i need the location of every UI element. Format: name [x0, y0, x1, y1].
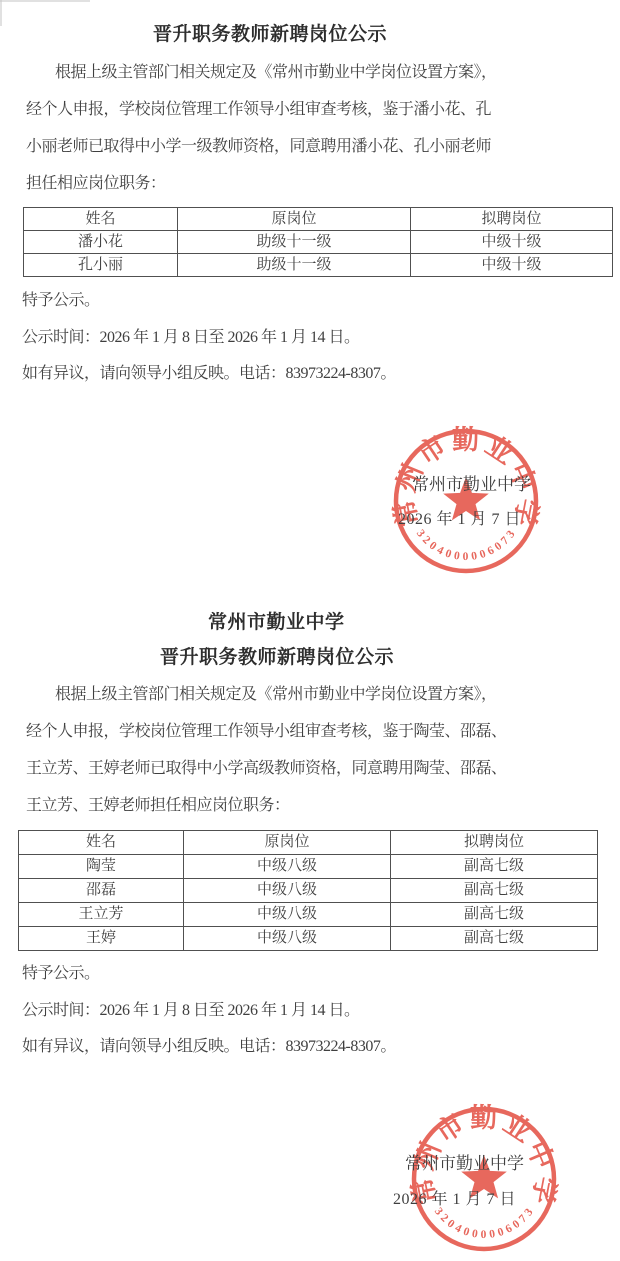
- table-cell-old-post: 中级八级: [184, 879, 391, 903]
- table-cell-new-post: 副高七级: [391, 927, 598, 951]
- table-cell-new-post: 副高七级: [391, 879, 598, 903]
- table-cell-name: 潘小花: [24, 231, 178, 254]
- doc2-title: 晋升职务教师新聘岗位公示: [160, 642, 394, 669]
- doc1-paragraph-line-1: 根据上级主管部门相关规定及《常州市勤业中学岗位设置方案》，: [55, 59, 497, 82]
- table-header-cell: 原岗位: [184, 831, 391, 855]
- doc2-paragraph-line-4: 王立芳、王婷老师担任相应岗位职务：: [26, 792, 290, 815]
- table-header-cell: 原岗位: [178, 208, 411, 231]
- table-header-row: 姓名 原岗位 拟聘岗位: [24, 208, 613, 231]
- table-cell-old-post: 中级八级: [184, 927, 391, 951]
- table-cell-old-post: 助级十一级: [178, 254, 411, 277]
- doc2-publicity-period: 公示时间：2026 年 1 月 8 日至 2026 年 1 月 14 日。: [22, 997, 360, 1020]
- official-seal-stamp: 常州市勤业中学 3204000006073: [399, 1094, 569, 1261]
- doc1-note: 特予公示。: [22, 287, 100, 310]
- doc2-contact-line: 如有异议，请向领导小组反映。电话：83973224-8307。: [22, 1033, 396, 1056]
- table-cell-new-post: 副高七级: [391, 903, 598, 927]
- doc2-signature-org: 常州市勤业中学: [405, 1149, 524, 1174]
- doc2-paragraph-line-2: 经个人申报，学校岗位管理工作领导小组审查考核，鉴于陶莹、邵磊、: [26, 718, 507, 741]
- table-cell-name: 孔小丽: [24, 254, 178, 277]
- official-seal-stamp: 常州市勤业中学 3204000006073: [381, 416, 551, 586]
- seal-number: 3204000006073: [414, 527, 519, 563]
- doc2-org-title: 常州市勤业中学: [208, 607, 345, 634]
- table-header-cell: 姓名: [24, 208, 178, 231]
- table-cell-name: 邵磊: [19, 879, 184, 903]
- table-header-cell: 拟聘岗位: [391, 831, 598, 855]
- table-header-cell: 拟聘岗位: [411, 208, 613, 231]
- doc1-signature-org: 常州市勤业中学: [412, 470, 531, 495]
- table-header-row: 姓名 原岗位 拟聘岗位: [19, 831, 598, 855]
- table-row: 王立芳 中级八级 副高七级: [19, 903, 598, 927]
- scan-artifact: [0, 0, 2, 26]
- doc1-paragraph-line-2: 经个人申报，学校岗位管理工作领导小组审查考核，鉴于潘小花、孔: [26, 96, 491, 119]
- table-row: 孔小丽 助级十一级 中级十级: [24, 254, 613, 277]
- table-cell-old-post: 中级八级: [184, 855, 391, 879]
- doc1-title: 晋升职务教师新聘岗位公示: [153, 19, 387, 46]
- doc1-positions-table: 姓名 原岗位 拟聘岗位 潘小花 助级十一级 中级十级 孔小丽 助级十一级 中级十…: [23, 207, 613, 277]
- doc1-publicity-period: 公示时间：2026 年 1 月 8 日至 2026 年 1 月 14 日。: [22, 324, 360, 347]
- table-row: 邵磊 中级八级 副高七级: [19, 879, 598, 903]
- doc2-signature-date: 2026 年 1 月 7 日: [393, 1186, 516, 1209]
- table-row: 潘小花 助级十一级 中级十级: [24, 231, 613, 254]
- scanned-announcement-page: 晋升职务教师新聘岗位公示 根据上级主管部门相关规定及《常州市勤业中学岗位设置方案…: [0, 0, 620, 1261]
- scan-artifact: [0, 0, 90, 2]
- table-cell-new-post: 中级十级: [411, 231, 613, 254]
- table-cell-new-post: 副高七级: [391, 855, 598, 879]
- doc2-paragraph-line-1: 根据上级主管部门相关规定及《常州市勤业中学岗位设置方案》，: [55, 681, 497, 704]
- seal-number: 3204000006073: [432, 1205, 537, 1241]
- table-row: 王婷 中级八级 副高七级: [19, 927, 598, 951]
- table-row: 陶莹 中级八级 副高七级: [19, 855, 598, 879]
- table-cell-new-post: 中级十级: [411, 254, 613, 277]
- doc2-note: 特予公示。: [22, 960, 100, 983]
- table-header-cell: 姓名: [19, 831, 184, 855]
- table-cell-name: 王立芳: [19, 903, 184, 927]
- doc1-paragraph-line-4: 担任相应岗位职务：: [26, 170, 166, 193]
- table-cell-name: 陶莹: [19, 855, 184, 879]
- table-cell-name: 王婷: [19, 927, 184, 951]
- doc2-positions-table: 姓名 原岗位 拟聘岗位 陶莹 中级八级 副高七级 邵磊 中级八级 副高七级 王立…: [18, 830, 598, 951]
- doc2-paragraph-line-3: 王立芳、王婷老师已取得中小学高级教师资格，同意聘用陶莹、邵磊、: [26, 755, 507, 778]
- doc1-contact-line: 如有异议，请向领导小组反映。电话：83973224-8307。: [22, 360, 396, 383]
- doc1-signature-date: 2026 年 1 月 7 日: [398, 506, 521, 529]
- doc1-paragraph-line-3: 小丽老师已取得中小学一级教师资格，同意聘用潘小花、孔小丽老师: [26, 133, 491, 156]
- table-cell-old-post: 中级八级: [184, 903, 391, 927]
- table-cell-old-post: 助级十一级: [178, 231, 411, 254]
